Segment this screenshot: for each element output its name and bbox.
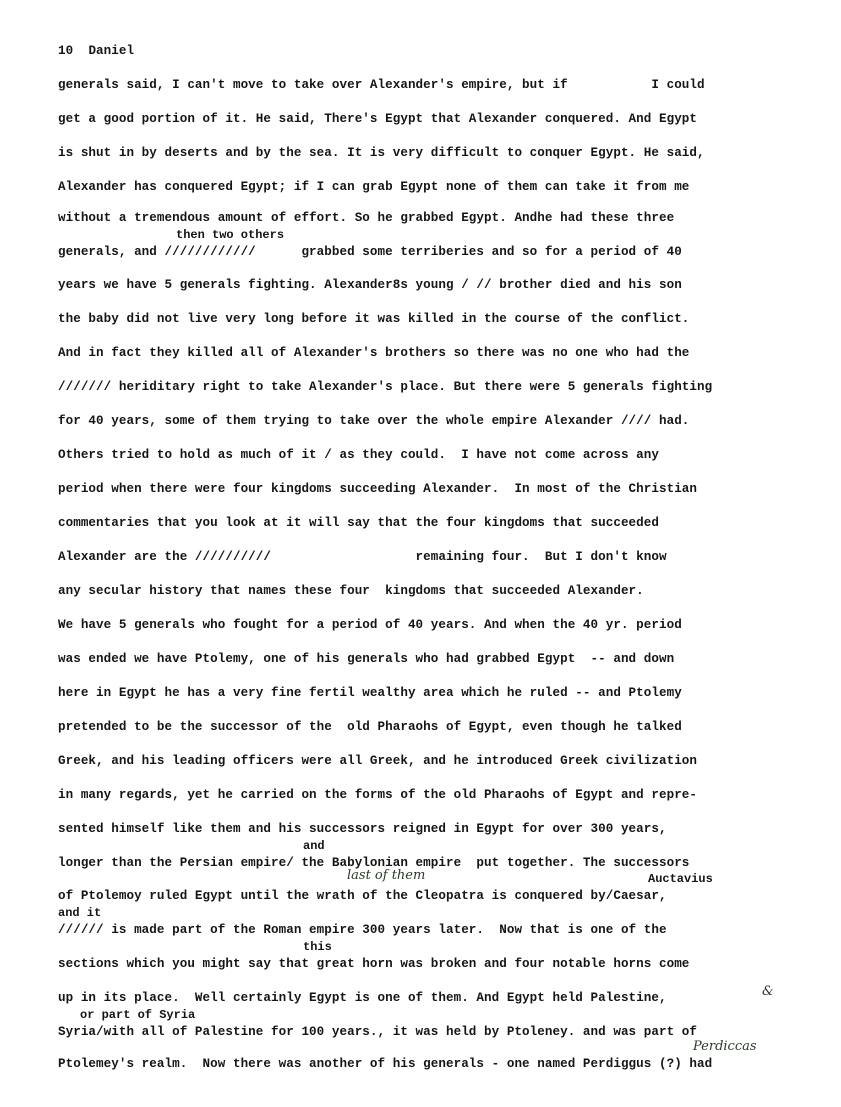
typed-insertion: Auctavius: [648, 872, 713, 886]
text-line: up in its place. Well certainly Egypt is…: [58, 991, 667, 1005]
page-number-and-title: 10 Daniel: [58, 44, 134, 58]
text-line: Alexander are the ////////// remaining f…: [58, 550, 667, 564]
text-line: commentaries that you look at it will sa…: [58, 516, 659, 530]
text-line: of Ptolemoy ruled Egypt until the wrath …: [58, 889, 667, 903]
handwritten-note: last of them: [347, 868, 425, 883]
text-line: ////// is made part of the Roman empire …: [58, 923, 667, 937]
text-line: sented himself like them and his success…: [58, 822, 667, 836]
text-line: in many regards, yet he carried on the f…: [58, 788, 697, 802]
text-line: period when there were four kingdoms suc…: [58, 482, 697, 496]
typed-insertion: then two others: [176, 228, 284, 242]
typed-insertion: and it: [58, 906, 101, 920]
text-line: without a tremendous amount of effort. S…: [58, 211, 674, 225]
page-number: 10: [58, 44, 73, 58]
typed-insertion: and: [303, 839, 325, 853]
text-line: get a good portion of it. He said, There…: [58, 112, 697, 126]
text-line: Alexander has conquered Egypt; if I can …: [58, 180, 689, 194]
text-line: sections which you might say that great …: [58, 957, 689, 971]
text-line: Greek, and his leading officers were all…: [58, 754, 697, 768]
text-line: years we have 5 generals fighting. Alexa…: [58, 278, 682, 292]
handwritten-note: Perdiccas: [693, 1039, 757, 1054]
text-line: generals said, I can't move to take over…: [58, 78, 705, 92]
text-line: here in Egypt he has a very fine fertil …: [58, 686, 682, 700]
typed-insertion: this: [303, 940, 332, 954]
text-line: any secular history that names these fou…: [58, 584, 644, 598]
text-line: pretended to be the successor of the old…: [58, 720, 682, 734]
text-line: for 40 years, some of them trying to tak…: [58, 414, 689, 428]
text-line: was ended we have Ptolemy, one of his ge…: [58, 652, 674, 666]
text-line: Ptolemey's realm. Now there was another …: [58, 1057, 712, 1071]
page-title: Daniel: [88, 44, 134, 58]
text-line: And in fact they killed all of Alexander…: [58, 346, 689, 360]
text-line: We have 5 generals who fought for a peri…: [58, 618, 682, 632]
text-line: /////// heriditary right to take Alexand…: [58, 380, 712, 394]
text-line: Others tried to hold as much of it / as …: [58, 448, 659, 462]
typed-insertion: or part of Syria: [80, 1008, 195, 1022]
text-line: is shut in by deserts and by the sea. It…: [58, 146, 705, 160]
text-line: generals, and //////////// grabbed some …: [58, 245, 682, 259]
handwritten-note: &: [762, 984, 774, 999]
text-line: the baby did not live very long before i…: [58, 312, 689, 326]
text-line: Syria/with all of Palestine for 100 year…: [58, 1025, 697, 1039]
